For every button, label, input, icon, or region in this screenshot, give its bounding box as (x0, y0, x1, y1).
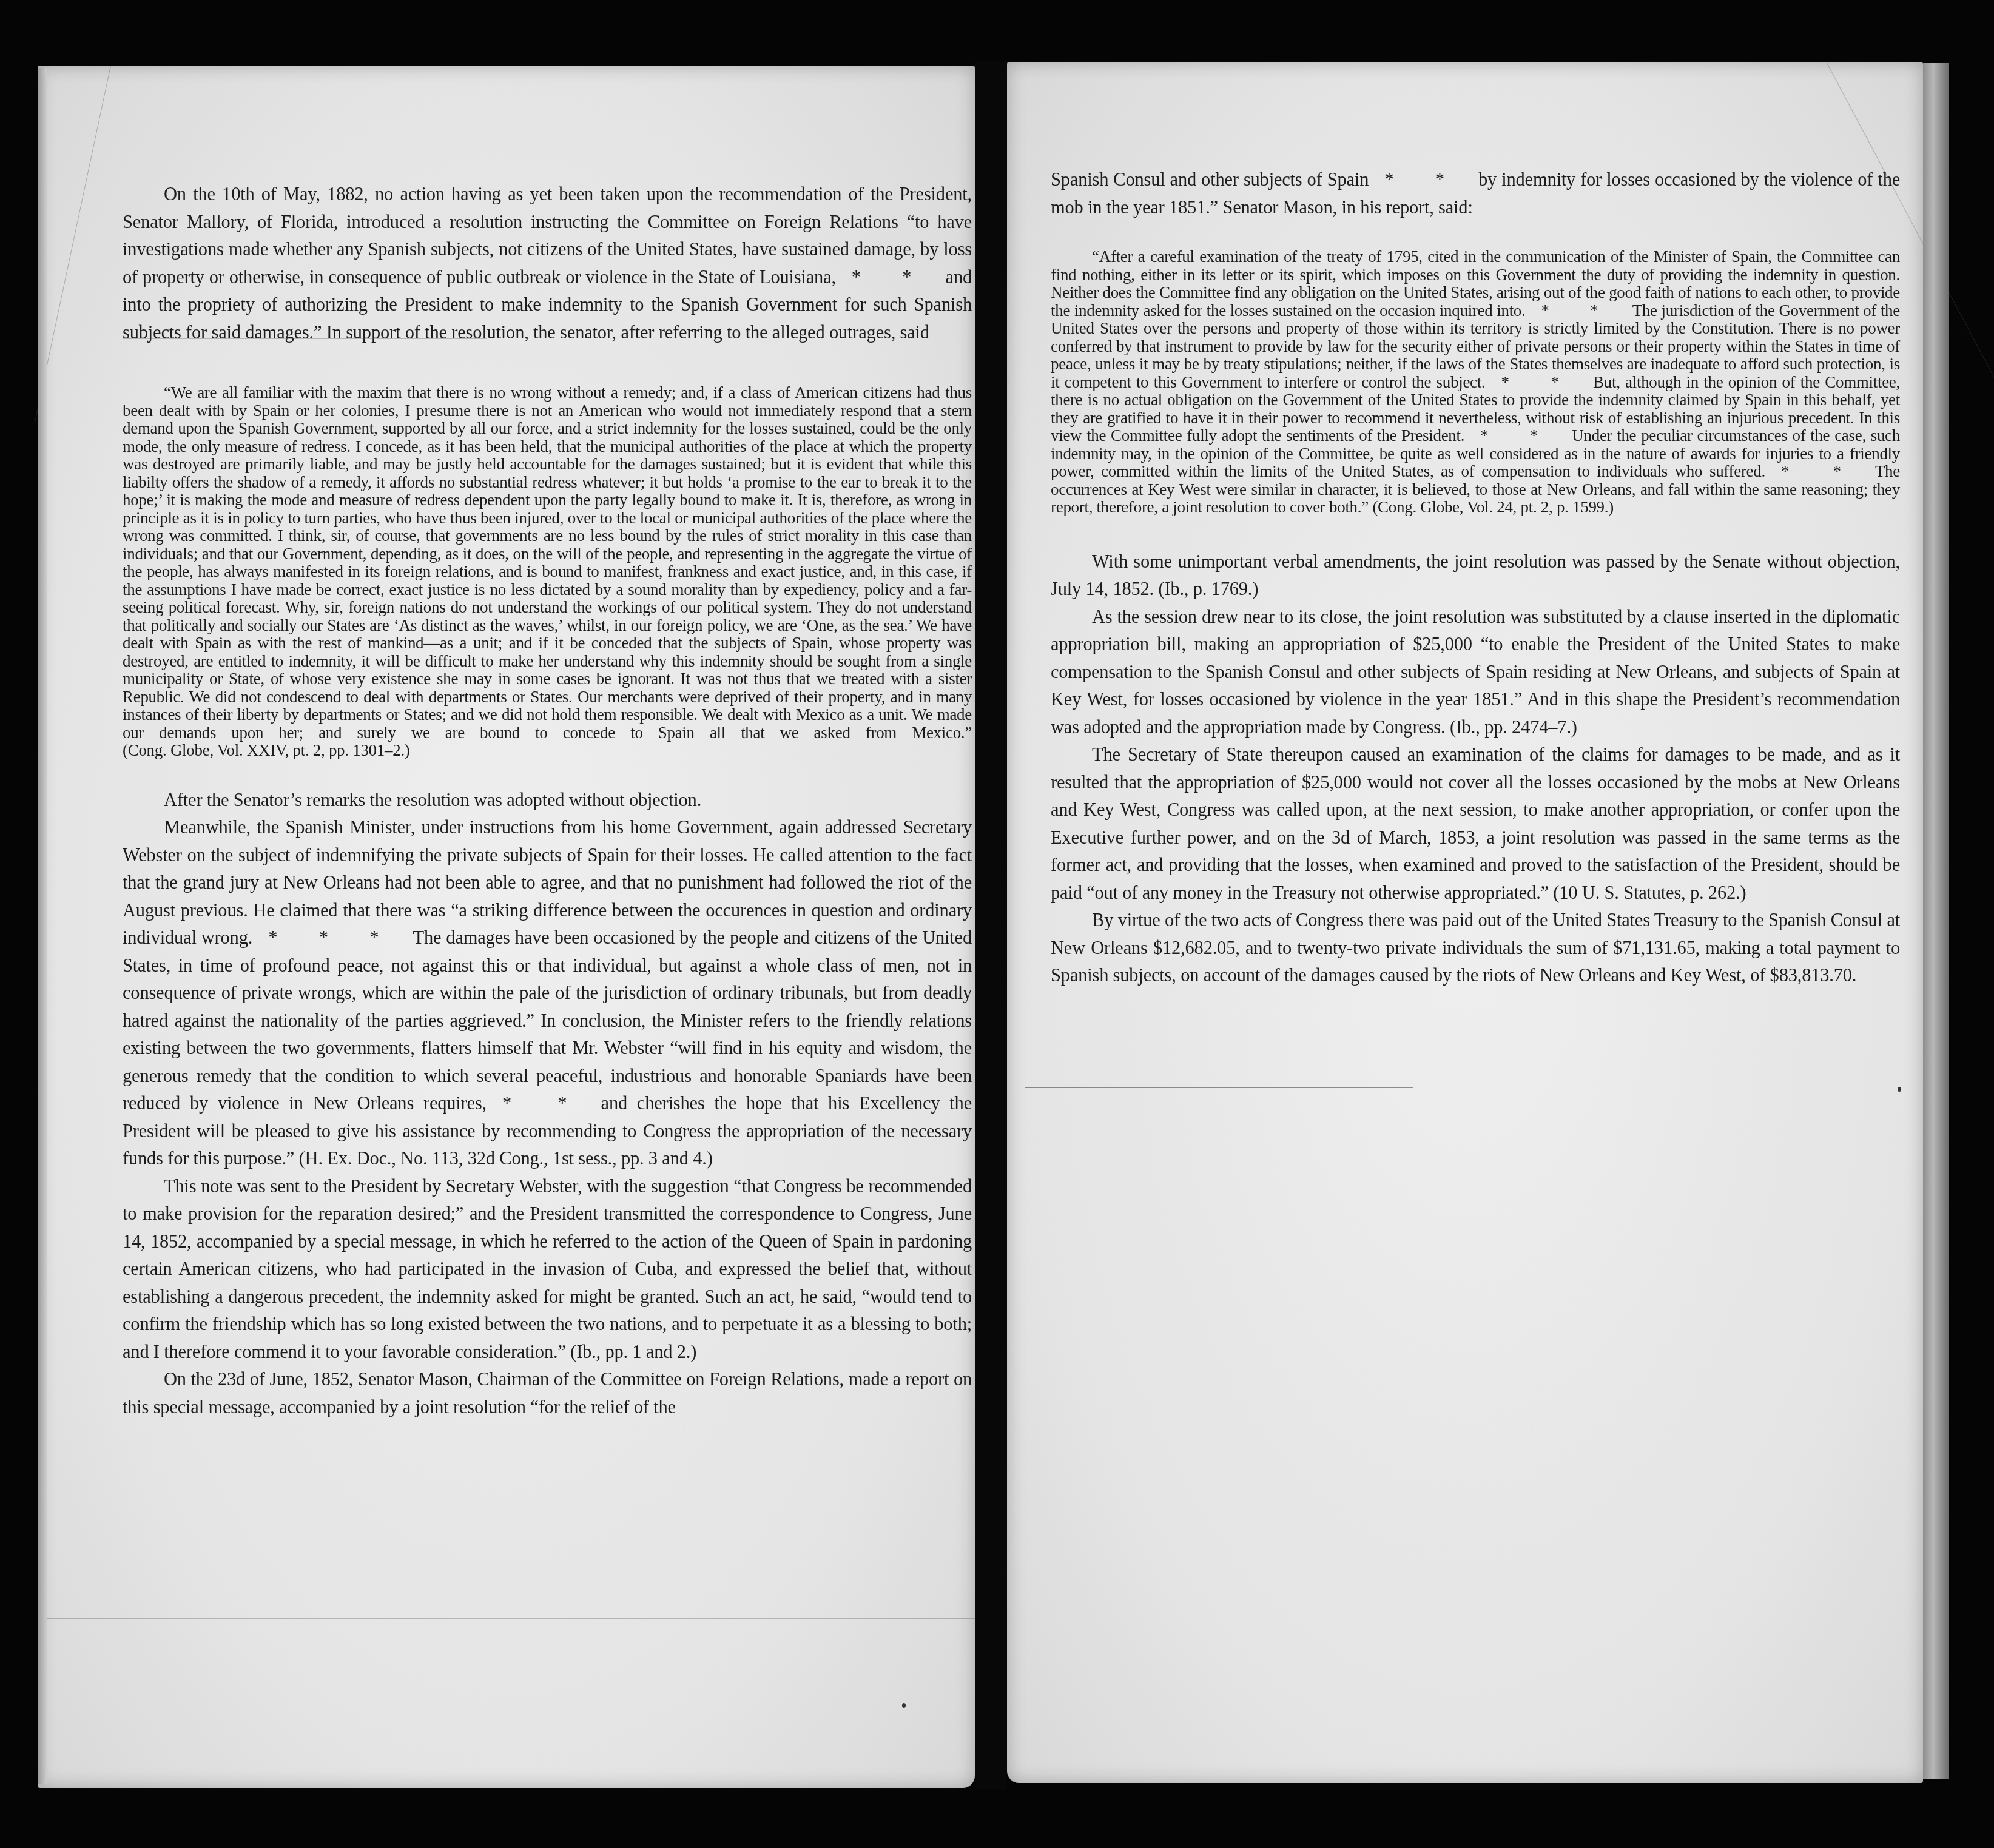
left-page: On the 10th of May, 1882, no action havi… (38, 66, 975, 1788)
film-scratch (1007, 84, 1923, 84)
film-speck (902, 1703, 906, 1708)
paragraph-secretary-of-state: The Secretary of State thereupon caused … (1051, 741, 1900, 907)
quote-senator-mallory: “We are all familiar with the maxim that… (123, 384, 972, 760)
citation: (Ib., pp. 2474–7.) (1450, 717, 1577, 738)
film-scratch (38, 1618, 975, 1619)
citation: (H. Ex. Doc., No. 113, 32d Cong., 1st se… (299, 1148, 713, 1169)
quote-mason-report: “After a careful examination of the trea… (1051, 248, 1900, 517)
citation: (Cong. Globe, Vol. 24, pt. 2, p. 1599.) (1372, 498, 1614, 516)
citation: (Ib., pp. 1 and 2.) (570, 1342, 696, 1362)
citation: (Ib., p. 1769.) (1158, 579, 1258, 599)
right-page: Spanish Consul and other subjects of Spa… (1007, 62, 1923, 1783)
film-speck (1898, 1087, 1901, 1092)
film-scratch (1025, 1087, 1413, 1088)
paragraph-spanish-minister: Meanwhile, the Spanish Minister, under i… (123, 814, 972, 1173)
paragraph-total-payment: By virtue of the two acts of Congress th… (1051, 907, 1900, 990)
paragraph-senate-passed: With some unimportant verbal amendments,… (1051, 548, 1900, 603)
right-page-edge (1923, 63, 1949, 1779)
left-page-text: On the 10th of May, 1882, no action havi… (123, 66, 972, 1421)
citation: (10 U. S. Statutes, p. 262.) (1553, 882, 1746, 903)
citation: (Cong. Globe, Vol. XXIV, pt. 2, pp. 1301… (123, 741, 410, 759)
paragraph-mason-report: On the 23d of June, 1852, Senator Mason,… (123, 1366, 972, 1421)
right-page-text: Spanish Consul and other subjects of Spa… (1051, 62, 1900, 990)
left-page-edge (38, 68, 47, 1784)
film-scratch (123, 338, 487, 339)
paragraph-continuation: Spanish Consul and other subjects of Spa… (1051, 166, 1900, 221)
paragraph-resolution-adopted: After the Senator’s remarks the resoluti… (123, 787, 972, 815)
book-gutter (975, 61, 1007, 1789)
paragraph-appropriation-bill: As the session drew near to its close, t… (1051, 603, 1900, 742)
paragraph-president-message: This note was sent to the President by S… (123, 1173, 972, 1366)
paragraph-mallory-resolution: On the 10th of May, 1882, no action havi… (123, 181, 972, 346)
